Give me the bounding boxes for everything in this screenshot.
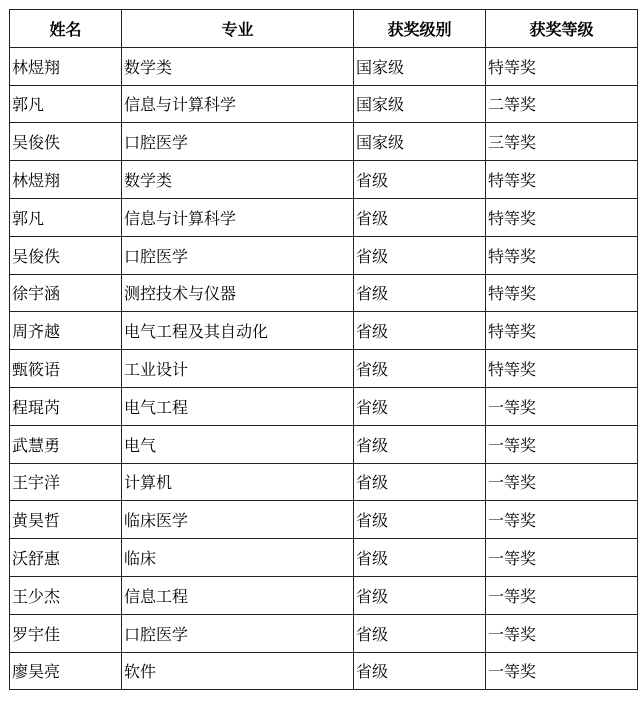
table-row: 武慧勇电气省级一等奖 [10, 425, 638, 463]
cell-award-grade: 一等奖 [486, 501, 638, 539]
cell-major: 数学类 [122, 161, 354, 199]
cell-award-level: 省级 [354, 425, 486, 463]
table-row: 沃舒惠临床省级一等奖 [10, 539, 638, 577]
cell-award-level: 省级 [354, 274, 486, 312]
cell-award-level: 省级 [354, 236, 486, 274]
cell-name: 程琨芮 [10, 387, 122, 425]
cell-name: 沃舒惠 [10, 539, 122, 577]
cell-award-level: 省级 [354, 652, 486, 690]
cell-award-grade: 一等奖 [486, 576, 638, 614]
cell-award-level: 省级 [354, 463, 486, 501]
cell-award-level: 省级 [354, 198, 486, 236]
cell-award-grade: 特等奖 [486, 312, 638, 350]
cell-award-grade: 一等奖 [486, 425, 638, 463]
table-row: 林煜翔数学类省级特等奖 [10, 161, 638, 199]
cell-name: 武慧勇 [10, 425, 122, 463]
header-award-level: 获奖级别 [354, 10, 486, 48]
cell-award-grade: 特等奖 [486, 274, 638, 312]
table-row: 吴俊佚口腔医学省级特等奖 [10, 236, 638, 274]
cell-award-grade: 一等奖 [486, 387, 638, 425]
cell-major: 口腔医学 [122, 614, 354, 652]
cell-name: 徐宇涵 [10, 274, 122, 312]
cell-award-grade: 特等奖 [486, 198, 638, 236]
cell-award-level: 省级 [354, 539, 486, 577]
table-row: 程琨芮电气工程省级一等奖 [10, 387, 638, 425]
cell-award-level: 国家级 [354, 123, 486, 161]
cell-major: 测控技术与仪器 [122, 274, 354, 312]
cell-award-grade: 一等奖 [486, 463, 638, 501]
cell-name: 廖昊亮 [10, 652, 122, 690]
cell-name: 郭凡 [10, 198, 122, 236]
table-row: 廖昊亮软件省级一等奖 [10, 652, 638, 690]
cell-name: 王宇洋 [10, 463, 122, 501]
cell-award-level: 省级 [354, 312, 486, 350]
cell-award-grade: 二等奖 [486, 85, 638, 123]
cell-major: 口腔医学 [122, 123, 354, 161]
cell-major: 口腔医学 [122, 236, 354, 274]
cell-award-level: 省级 [354, 161, 486, 199]
cell-name: 周齐越 [10, 312, 122, 350]
cell-name: 甄筱语 [10, 350, 122, 388]
cell-award-level: 省级 [354, 350, 486, 388]
cell-major: 数学类 [122, 47, 354, 85]
cell-major: 信息工程 [122, 576, 354, 614]
table-row: 王少杰信息工程省级一等奖 [10, 576, 638, 614]
table-row: 郭凡信息与计算科学省级特等奖 [10, 198, 638, 236]
cell-award-grade: 三等奖 [486, 123, 638, 161]
cell-major: 电气 [122, 425, 354, 463]
award-table: 姓名 专业 获奖级别 获奖等级 林煜翔数学类国家级特等奖郭凡信息与计算科学国家级… [9, 9, 638, 690]
cell-name: 黄昊哲 [10, 501, 122, 539]
header-name: 姓名 [10, 10, 122, 48]
table-row: 王宇洋计算机省级一等奖 [10, 463, 638, 501]
cell-award-grade: 一等奖 [486, 652, 638, 690]
cell-award-level: 国家级 [354, 47, 486, 85]
cell-name: 吴俊佚 [10, 236, 122, 274]
cell-major: 临床 [122, 539, 354, 577]
cell-major: 电气工程及其自动化 [122, 312, 354, 350]
table-row: 甄筱语工业设计省级特等奖 [10, 350, 638, 388]
cell-major: 信息与计算科学 [122, 85, 354, 123]
cell-award-level: 国家级 [354, 85, 486, 123]
cell-name: 罗宇佳 [10, 614, 122, 652]
cell-award-level: 省级 [354, 501, 486, 539]
cell-major: 计算机 [122, 463, 354, 501]
cell-name: 林煜翔 [10, 47, 122, 85]
table-row: 吴俊佚口腔医学国家级三等奖 [10, 123, 638, 161]
table-row: 徐宇涵测控技术与仪器省级特等奖 [10, 274, 638, 312]
table-header-row: 姓名 专业 获奖级别 获奖等级 [10, 10, 638, 48]
cell-award-grade: 特等奖 [486, 47, 638, 85]
award-table-container: 姓名 专业 获奖级别 获奖等级 林煜翔数学类国家级特等奖郭凡信息与计算科学国家级… [9, 9, 638, 690]
cell-award-grade: 特等奖 [486, 236, 638, 274]
cell-award-level: 省级 [354, 614, 486, 652]
header-major: 专业 [122, 10, 354, 48]
table-row: 林煜翔数学类国家级特等奖 [10, 47, 638, 85]
cell-award-grade: 一等奖 [486, 614, 638, 652]
cell-award-level: 省级 [354, 576, 486, 614]
cell-name: 吴俊佚 [10, 123, 122, 161]
cell-award-grade: 特等奖 [486, 161, 638, 199]
table-row: 郭凡信息与计算科学国家级二等奖 [10, 85, 638, 123]
cell-major: 软件 [122, 652, 354, 690]
cell-award-level: 省级 [354, 387, 486, 425]
header-award-grade: 获奖等级 [486, 10, 638, 48]
cell-name: 林煜翔 [10, 161, 122, 199]
cell-award-grade: 一等奖 [486, 539, 638, 577]
cell-major: 临床医学 [122, 501, 354, 539]
table-row: 周齐越电气工程及其自动化省级特等奖 [10, 312, 638, 350]
cell-major: 工业设计 [122, 350, 354, 388]
cell-major: 信息与计算科学 [122, 198, 354, 236]
cell-major: 电气工程 [122, 387, 354, 425]
table-row: 罗宇佳口腔医学省级一等奖 [10, 614, 638, 652]
cell-name: 王少杰 [10, 576, 122, 614]
table-row: 黄昊哲临床医学省级一等奖 [10, 501, 638, 539]
cell-award-grade: 特等奖 [486, 350, 638, 388]
cell-name: 郭凡 [10, 85, 122, 123]
